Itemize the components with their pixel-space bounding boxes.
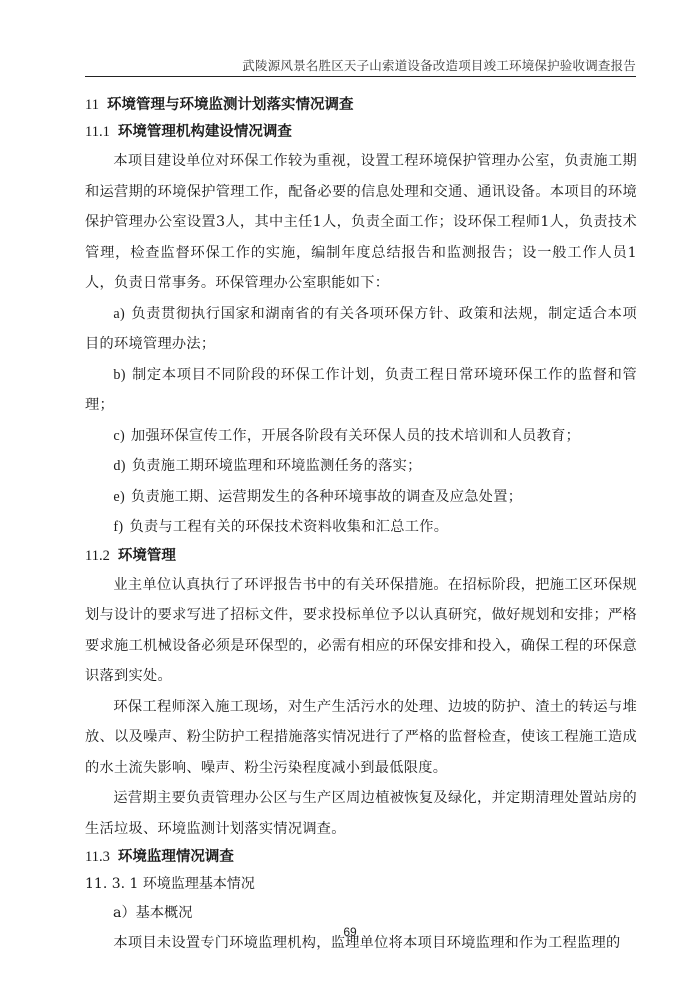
paragraph: 本项目建设单位对环保工作较为重视，设置工程环境保护管理办公室，负责施工期和运营期… — [85, 146, 637, 299]
report-title: 武陵源风景名胜区天子山索道设备改造项目竣工环境保护验收调查报告 — [242, 58, 636, 73]
heading-number: 11.3 — [85, 849, 110, 865]
page-content: 11环境管理与环境监测计划落实情况调查 11.1环境管理机构建设情况调查 本项目… — [85, 92, 637, 959]
list-marker: f) — [113, 519, 123, 535]
list-item: f)负责与工程有关的环保技术资料收集和汇总工作。 — [85, 512, 637, 543]
list-text: 加强环保宣传工作，开展各阶段有关环保人员的技术培训和人员教育； — [131, 428, 580, 444]
heading-text: 环境监理情况调查 — [118, 849, 234, 865]
heading-text: 环境管理机构建设情况调查 — [118, 124, 292, 140]
heading-number: 11. 3. 1 — [85, 876, 138, 892]
page-number: 69 — [0, 925, 700, 939]
paragraph: 运营期主要负责管理办公区与生产区周边植被恢复及绿化，并定期清理处置站房的生活垃圾… — [85, 783, 637, 844]
list-text: 负责施工期环境监理和环境监测任务的落实； — [132, 458, 422, 474]
heading-number: 11 — [85, 97, 99, 113]
list-text: 制定本项目不同阶段的环保工作计划，负责工程日常环境环保工作的监督和管理； — [85, 367, 637, 414]
heading-number: 11.1 — [85, 124, 110, 140]
heading-11-1: 11.1环境管理机构建设情况调查 — [85, 119, 637, 146]
heading-text: 环境管理 — [118, 548, 176, 564]
list-marker: d) — [113, 458, 125, 474]
list-item: e)负责施工期、运营期发生的各种环境事故的调查及应急处置； — [85, 482, 637, 513]
list-text: 负责贯彻执行国家和湖南省的有关各项环保方针、政策和法规，制定适合本项目的环境管理… — [85, 306, 637, 353]
list-marker: c) — [113, 428, 125, 444]
list-item: c)加强环保宣传工作，开展各阶段有关环保人员的技术培训和人员教育； — [85, 421, 637, 452]
heading-11-3-1: 11. 3. 1 环境监理基本情况 — [85, 871, 637, 898]
subheading-basic-overview: a）基本概况 — [85, 898, 637, 928]
list-marker: e) — [113, 489, 125, 505]
paragraph: 环保工程师深入施工现场，对生产生活污水的处理、边坡的防护、渣土的转运与堆放、以及… — [85, 692, 637, 784]
paragraph: 业主单位认真执行了环评报告书中的有关环保措施。在招标阶段，把施工区环保规划与设计… — [85, 570, 637, 692]
heading-11-2: 11.2环境管理 — [85, 543, 637, 570]
list-marker: b) — [113, 367, 125, 383]
list-item: b)制定本项目不同阶段的环保工作计划，负责工程日常环境环保工作的监督和管理； — [85, 360, 637, 421]
heading-11: 11环境管理与环境监测计划落实情况调查 — [85, 92, 637, 119]
list-text: 负责施工期、运营期发生的各种环境事故的调查及应急处置； — [131, 489, 522, 505]
list-marker: a) — [113, 306, 125, 322]
heading-11-3: 11.3环境监理情况调查 — [85, 844, 637, 871]
heading-text: 环境监理基本情况 — [143, 876, 255, 892]
list-text: 负责与工程有关的环保技术资料收集和汇总工作。 — [129, 519, 448, 535]
list-item: d)负责施工期环境监理和环境监测任务的落实； — [85, 451, 637, 482]
heading-text: 环境管理与环境监测计划落实情况调查 — [107, 97, 354, 113]
list-item: a)负责贯彻执行国家和湖南省的有关各项环保方针、政策和法规，制定适合本项目的环境… — [85, 299, 637, 360]
heading-number: 11.2 — [85, 548, 110, 564]
running-header: 武陵源风景名胜区天子山索道设备改造项目竣工环境保护验收调查报告 — [85, 58, 636, 77]
